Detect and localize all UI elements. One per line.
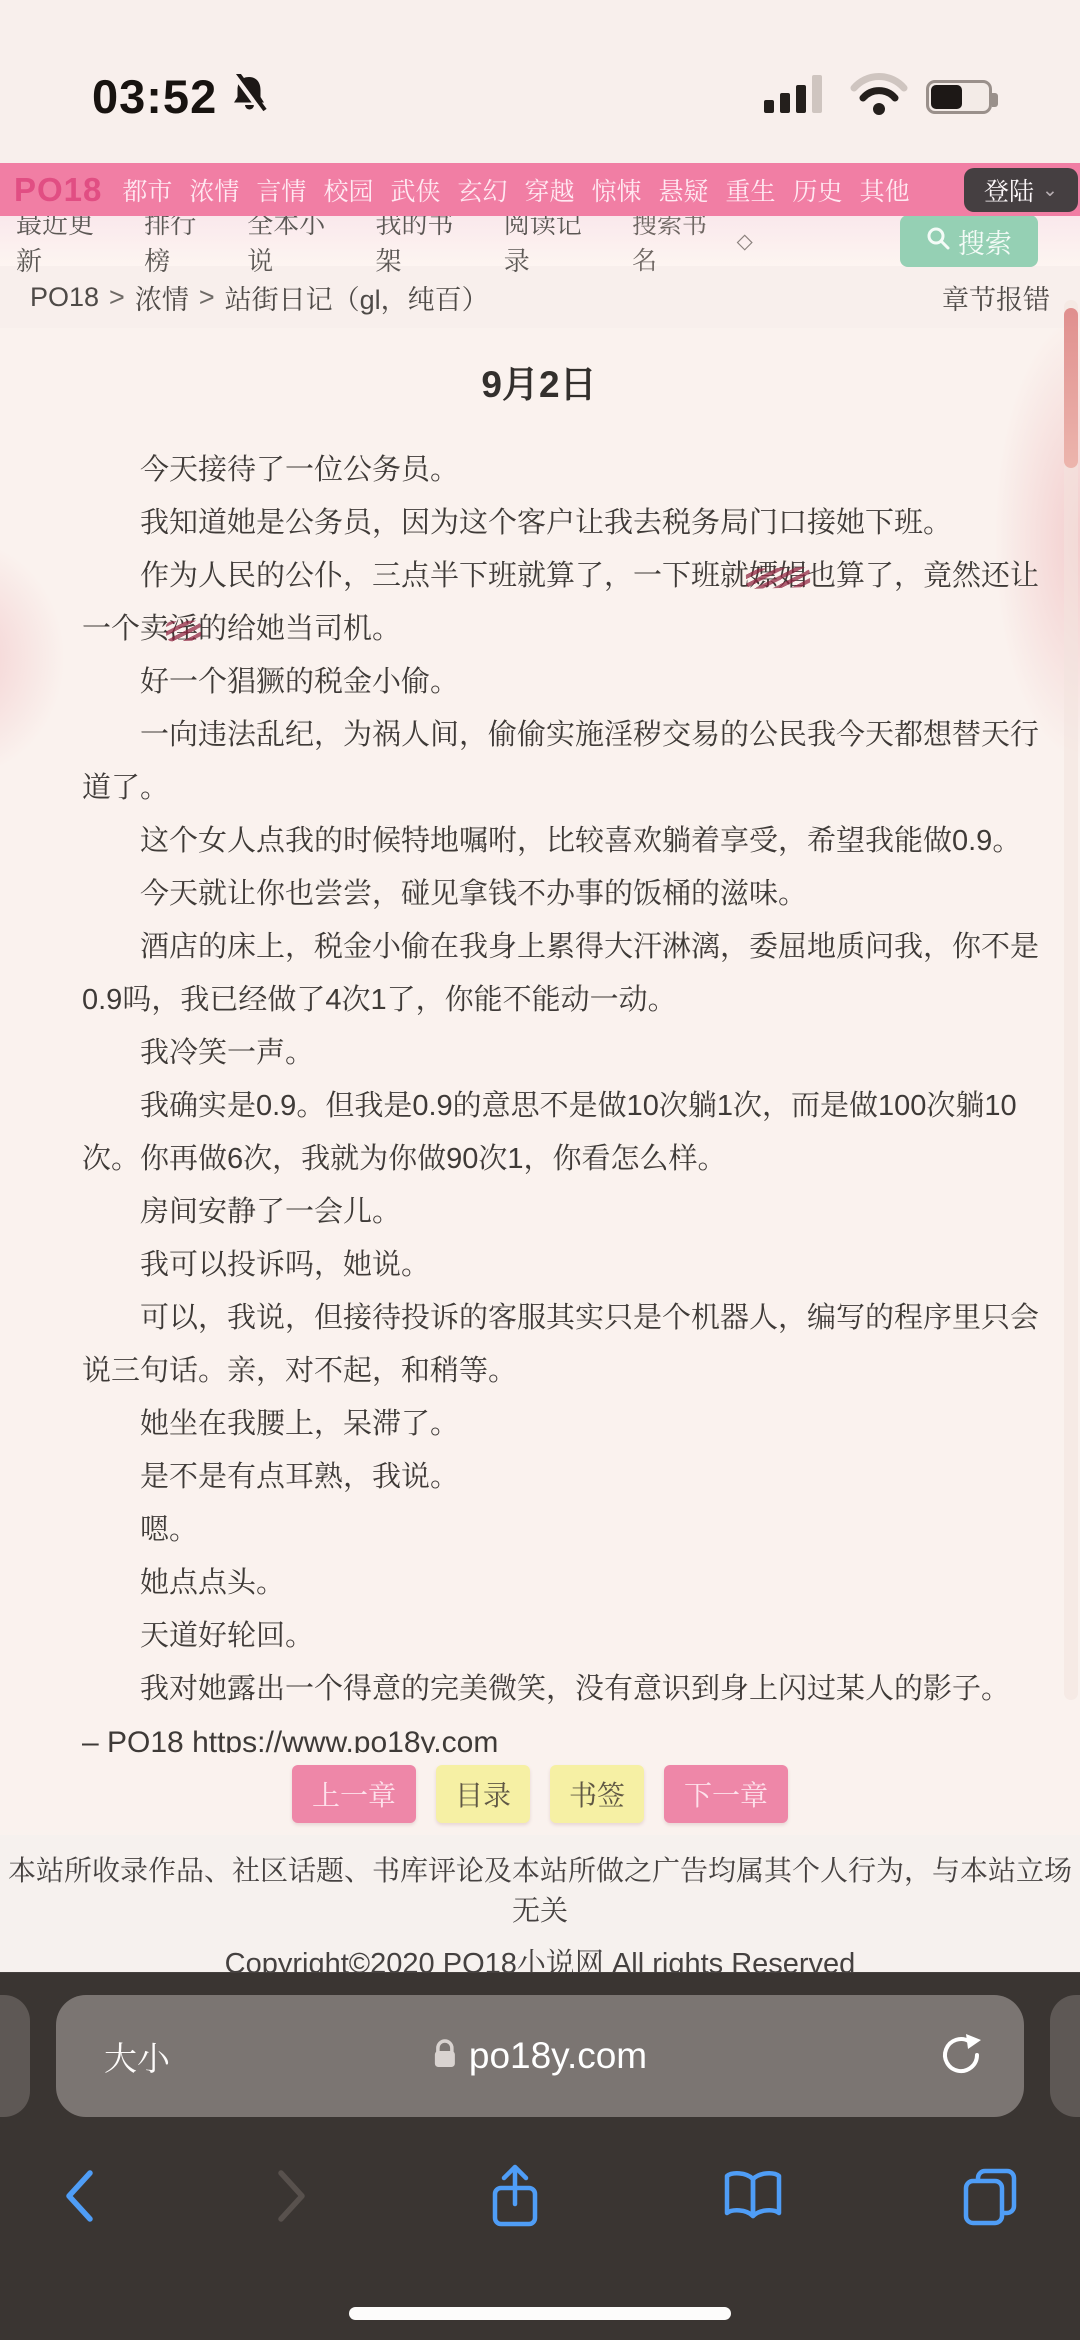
nav-item-dushi[interactable]: 都市 — [122, 172, 172, 208]
paragraph: 可以，我说，但接待投诉的客服其实只是个机器人，编写的程序里只会说三句话。亲，对不… — [82, 1292, 1066, 1398]
footer-disclaimer: 本站所收录作品、社区话题、书库评论及本站所做之广告均属其个人行为，与本站立场无关 — [0, 1849, 1080, 1929]
bookmark-button[interactable]: 书签 — [550, 1765, 644, 1823]
paragraph: 她坐在我腰上，呆滞了。 — [82, 1398, 1066, 1451]
previous-tab-stub[interactable] — [0, 1995, 30, 2117]
url-text: po18y.com — [469, 2035, 647, 2077]
nav-item-nongqing[interactable]: 浓情 — [189, 172, 239, 208]
chapter-pager: 上一章 目录 书签 下一章 — [0, 1753, 1080, 1835]
chapter-content: 9月2日 今天接待了一位公务员。 我知道她是公务员，因为这个客户让我去税务局门口… — [0, 328, 1080, 1753]
paragraph: 今天接待了一位公务员。 — [82, 444, 1066, 497]
paragraph: 我确实是0.9。但我是0.9的意思不是做10次躺1次，而是做100次躺10次。你… — [82, 1080, 1066, 1186]
paragraph: 今天就让你也尝尝，碰见拿钱不办事的饭桶的滋味。 — [82, 868, 1066, 921]
login-dropdown-icon: ⌄ — [1042, 179, 1058, 202]
censored-word: 淫 — [169, 613, 198, 645]
battery-icon — [926, 80, 992, 114]
paragraph: 房间安静了一会儿。 — [82, 1186, 1066, 1239]
browser-toolbar — [0, 2151, 1080, 2243]
toc-button[interactable]: 目录 — [436, 1765, 530, 1823]
cellular-signal-icon — [764, 74, 832, 119]
breadcrumb-home[interactable]: PO18 — [30, 282, 99, 313]
paragraph: 是不是有点耳熟，我说。 — [82, 1451, 1066, 1504]
home-indicator[interactable] — [349, 2307, 731, 2320]
paragraph: 她点点头。 — [82, 1557, 1066, 1610]
breadcrumb-separator: > — [199, 282, 215, 313]
breadcrumb-book-title[interactable]: 站街日记（gl，纯百） — [225, 278, 489, 317]
next-tab-stub[interactable] — [1050, 1995, 1080, 2117]
paragraph: 我可以投诉吗，她说。 — [82, 1239, 1066, 1292]
nav-item-qita[interactable]: 其他 — [860, 172, 910, 208]
nav-item-wuxia[interactable]: 武侠 — [390, 172, 440, 208]
site-sub-nav: 最近更新 排行榜 全本小说 我的书架 阅读记录 搜索书名 ◇ 搜索 — [0, 216, 1080, 266]
status-bar: 03:52 — [0, 0, 1080, 163]
prev-chapter-button[interactable]: 上一章 — [292, 1765, 416, 1823]
paragraph: 一向违法乱纪，为祸人间，偷偷实施淫秽交易的公民我今天都想替天行道了。 — [82, 709, 1066, 815]
nav-item-yanqing[interactable]: 言情 — [256, 172, 306, 208]
chapter-report-link[interactable]: 章节报错 — [942, 278, 1050, 317]
tabs-icon[interactable] — [962, 2166, 1018, 2229]
nav-item-chuanyue[interactable]: 穿越 — [524, 172, 574, 208]
search-button[interactable]: 搜索 — [900, 215, 1038, 267]
login-button[interactable]: 登陆 ⌄ — [964, 168, 1078, 212]
paragraph: 这个女人点我的时候特地嘱咐，比较喜欢躺着享受，希望我能做0.9。 — [82, 815, 1066, 868]
paragraph: 我冷笑一声。 — [82, 1027, 1066, 1080]
chapter-title: 9月2日 — [82, 354, 996, 408]
nav-item-lishi[interactable]: 历史 — [793, 172, 843, 208]
site-logo[interactable]: PO18 — [14, 171, 102, 209]
paragraph-censored: 作为人民的公仆，三点半下班就算了，一下班就嫖娼也算了，竟然还让一个卖淫的给她当司… — [82, 550, 1066, 656]
page-scrollbar[interactable] — [1064, 300, 1078, 1700]
notifications-muted-icon — [231, 74, 267, 119]
lock-icon — [433, 2038, 457, 2075]
nav-item-xuanhuan[interactable]: 玄幻 — [457, 172, 507, 208]
category-menu: 都市 浓情 言情 校园 武侠 玄幻 穿越 惊悚 悬疑 重生 历史 其他 — [122, 172, 909, 208]
paragraph: 我知道她是公务员，因为这个客户让我去税务局门口接她下班。 — [82, 497, 1066, 550]
next-chapter-button[interactable]: 下一章 — [664, 1765, 788, 1823]
forward-button[interactable] — [275, 2168, 309, 2227]
bookmarks-icon[interactable] — [722, 2169, 784, 2226]
address-bar[interactable]: 大小 po18y.com — [56, 1995, 1024, 2117]
paragraph: 好一个猖獗的税金小偷。 — [82, 656, 1066, 709]
nav-item-chongsheng[interactable]: 重生 — [726, 172, 776, 208]
censored-word: 嫖娼 — [749, 560, 807, 592]
paragraph: 我对她露出一个得意的完美微笑，没有意识到身上闪过某人的影子。 — [82, 1663, 1066, 1716]
site-footer: 本站所收录作品、社区话题、书库评论及本站所做之广告均属其个人行为，与本站立场无关… — [0, 1835, 1080, 1972]
paragraph: 嗯。 — [82, 1504, 1066, 1557]
wifi-icon — [850, 73, 908, 120]
source-attribution: – PO18 https://www.po18y.com — [82, 1716, 1066, 1753]
share-icon[interactable] — [487, 2162, 543, 2233]
paragraph: 天道好轮回。 — [82, 1610, 1066, 1663]
breadcrumb: PO18 > 浓情 > 站街日记（gl，纯百） — [30, 278, 489, 317]
search-icon — [926, 226, 950, 257]
paragraph: 酒店的床上，税金小偷在我身上累得大汗淋漓，委屈地质问我，你不是0.9吗，我已经做… — [82, 921, 1066, 1027]
back-button[interactable] — [62, 2168, 96, 2227]
nav-item-xiaoyuan[interactable]: 校园 — [323, 172, 373, 208]
nav-item-xuanyi[interactable]: 悬疑 — [659, 172, 709, 208]
address-bar-row: 大小 po18y.com — [0, 1995, 1080, 2117]
text-size-button[interactable]: 大小 — [104, 2033, 170, 2080]
browser-chrome: 大小 po18y.com — [0, 1972, 1080, 2340]
clock: 03:52 — [92, 69, 217, 124]
reload-button[interactable] — [938, 2032, 984, 2081]
scrollbar-thumb[interactable] — [1064, 308, 1078, 468]
site-top-nav: PO18 都市 浓情 言情 校园 武侠 玄幻 穿越 惊悚 悬疑 重生 历史 其他… — [0, 163, 1080, 216]
nav-item-jingsong[interactable]: 惊悚 — [592, 172, 642, 208]
breadcrumb-separator: > — [109, 282, 125, 313]
breadcrumb-category[interactable]: 浓情 — [135, 278, 189, 317]
select-caret-icon: ◇ — [737, 229, 753, 254]
